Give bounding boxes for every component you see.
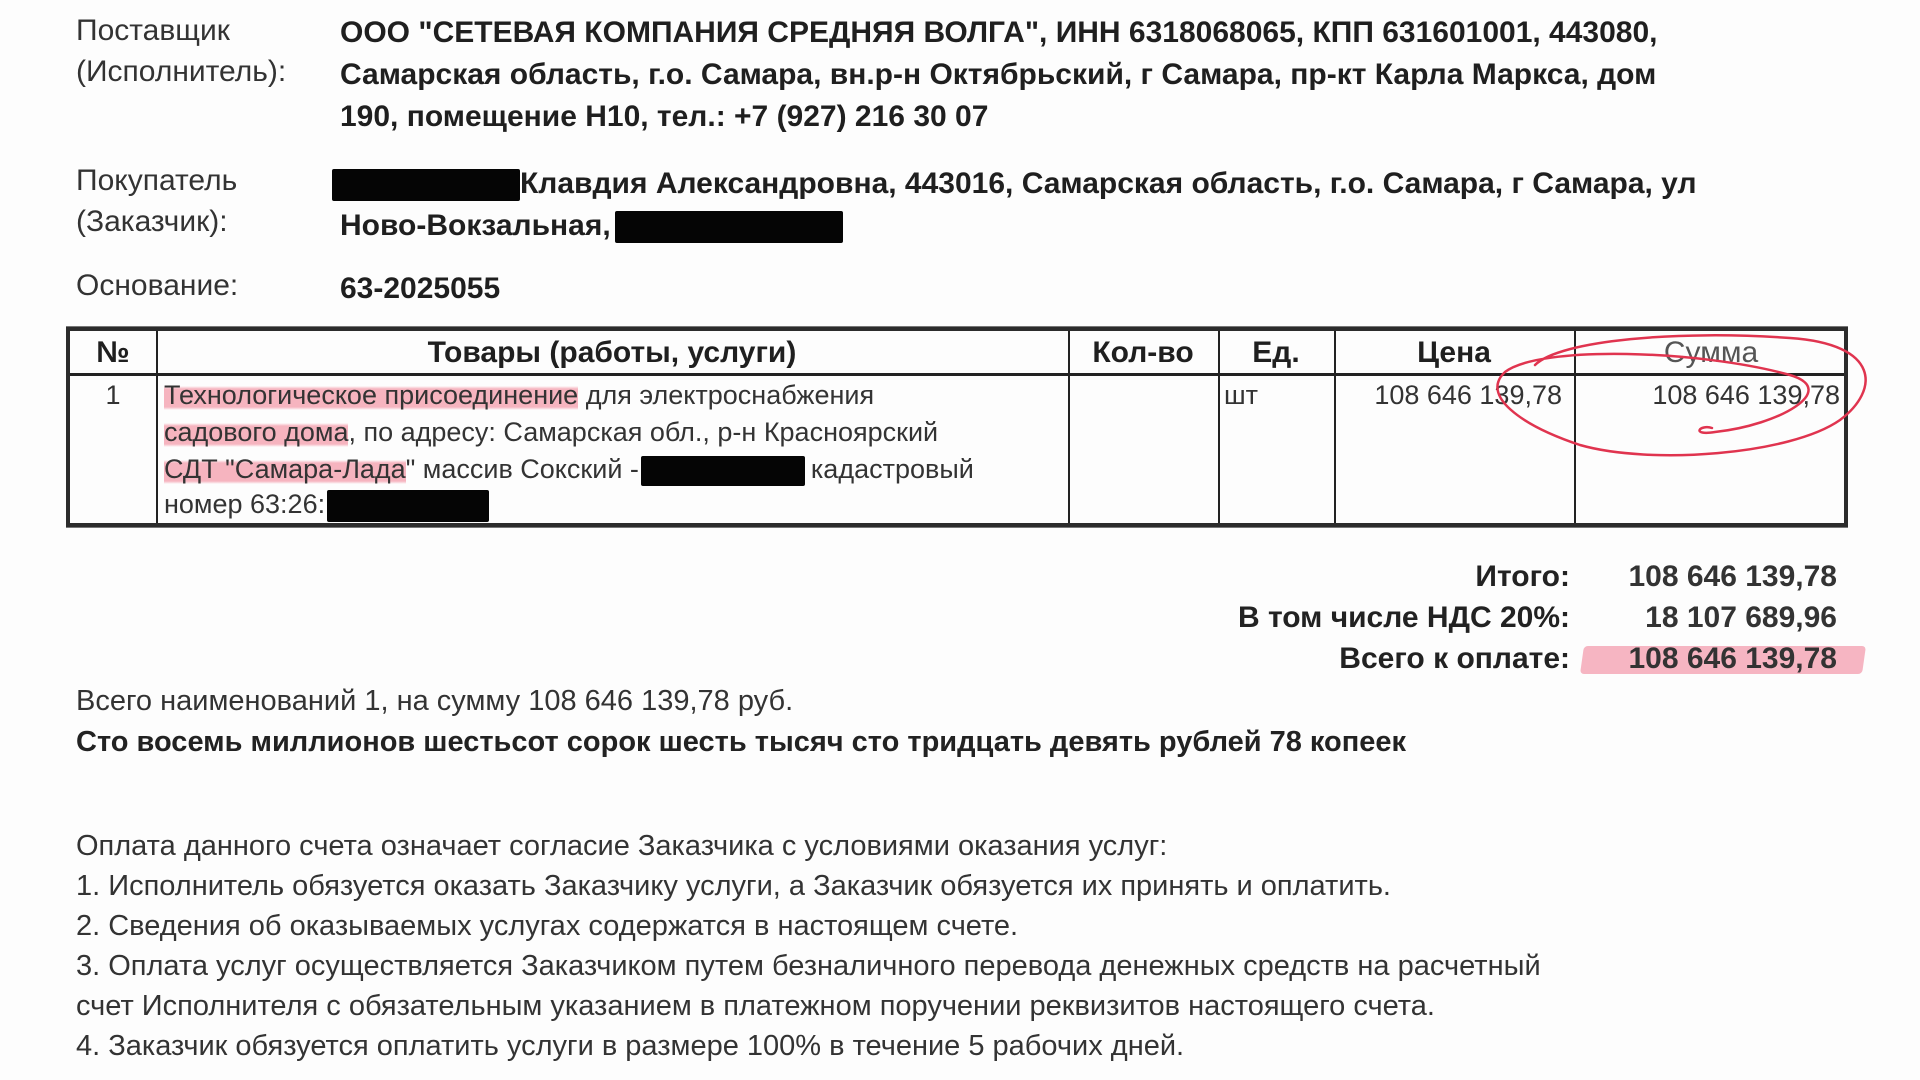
terms-item: счет Исполнителя с обязательным указание… [76,986,1435,1026]
header-num: № [70,331,156,373]
row-description-line: СДТ "Самара-Лада" массив Сокский -кадаст… [164,451,974,488]
amount-in-words: Сто восемь миллионов шестьсот сорок шест… [76,722,1406,762]
header-unit: Ед. [1218,331,1334,373]
highlighted-text: Технологическое присоединение [164,380,578,410]
terms-item: 2. Сведения об оказываемых услугах содер… [76,906,1018,946]
basis-value: 63-2025055 [340,268,500,309]
items-count-line: Всего наименований 1, на сумму 108 646 1… [76,681,793,721]
row-description-line: садового дома, по адресу: Самарская обл.… [164,414,938,451]
header-goods: Товары (работы, услуги) [156,331,1068,373]
total-label: Всего к оплате: [1339,638,1570,679]
highlighted-text: СДТ "Самара-Лада [164,454,406,484]
row-price: 108 646 139,78 [1334,377,1562,414]
header-sum: Сумма [1574,331,1848,373]
terms-intro: Оплата данного счета означает согласие З… [76,826,1167,866]
basis-label: Основание: [76,265,238,306]
row-sum: 108 646 139,78 [1574,377,1840,414]
redaction-bar [615,211,843,243]
vat-value: 18 107 689,96 [1645,597,1837,638]
terms-item: 3. Оплата услуг осуществляется Заказчико… [76,946,1541,986]
description-text: для электроснабжения [578,380,874,410]
description-text: номер 63:26: [164,489,325,519]
buyer-label-sub: (Заказчик): [76,201,228,242]
vat-label: В том числе НДС 20%: [1238,597,1570,638]
redaction-bar [327,490,489,522]
terms-item: 4. Заказчик обязуется оплатить услуги в … [76,1026,1184,1066]
invoice-table: № Товары (работы, услуги) Кол-во Ед. Цен… [66,327,1848,527]
description-text: " массив Сокский - [406,454,639,484]
subtotal-label: Итого: [1475,556,1570,597]
header-price: Цена [1334,331,1574,373]
row-num: 1 [70,377,156,414]
total-value: 108 646 139,78 [1628,638,1837,679]
supplier-address-line-2: 190, помещение Н10, тел.: +7 (927) 216 3… [340,96,988,137]
header-divider [70,373,1844,376]
description-text: кадастровый [811,454,974,484]
supplier-address-line: Самарская область, г.о. Самара, вн.р-н О… [340,54,1656,95]
highlighted-text: садового дома [164,417,348,447]
redaction-bar [332,169,520,201]
buyer-label: Покупатель [76,160,237,201]
header-qty: Кол-во [1068,331,1218,373]
supplier-label-sub: (Исполнитель): [76,51,286,92]
supplier-name-line: ООО "СЕТЕВАЯ КОМПАНИЯ СРЕДНЯЯ ВОЛГА", ИН… [340,12,1658,53]
supplier-label: Поставщик [76,10,230,51]
row-description-line: Технологическое присоединение для электр… [164,377,874,414]
redaction-bar [641,456,805,486]
description-text: , по адресу: Самарская обл., р-н Красноя… [348,417,938,447]
row-description-line: номер 63:26: [164,486,489,523]
buyer-street-text: Ново-Вокзальная, [340,209,611,242]
row-unit: шт [1224,377,1258,414]
buyer-address-line: Ново-Вокзальная, [340,205,843,246]
terms-item: 1. Исполнитель обязуется оказать Заказчи… [76,866,1391,906]
subtotal-value: 108 646 139,78 [1628,556,1837,597]
buyer-name-line: Клавдия Александровна, 443016, Самарская… [332,163,1697,204]
buyer-name-text: Клавдия Александровна, 443016, Самарская… [520,167,1697,200]
